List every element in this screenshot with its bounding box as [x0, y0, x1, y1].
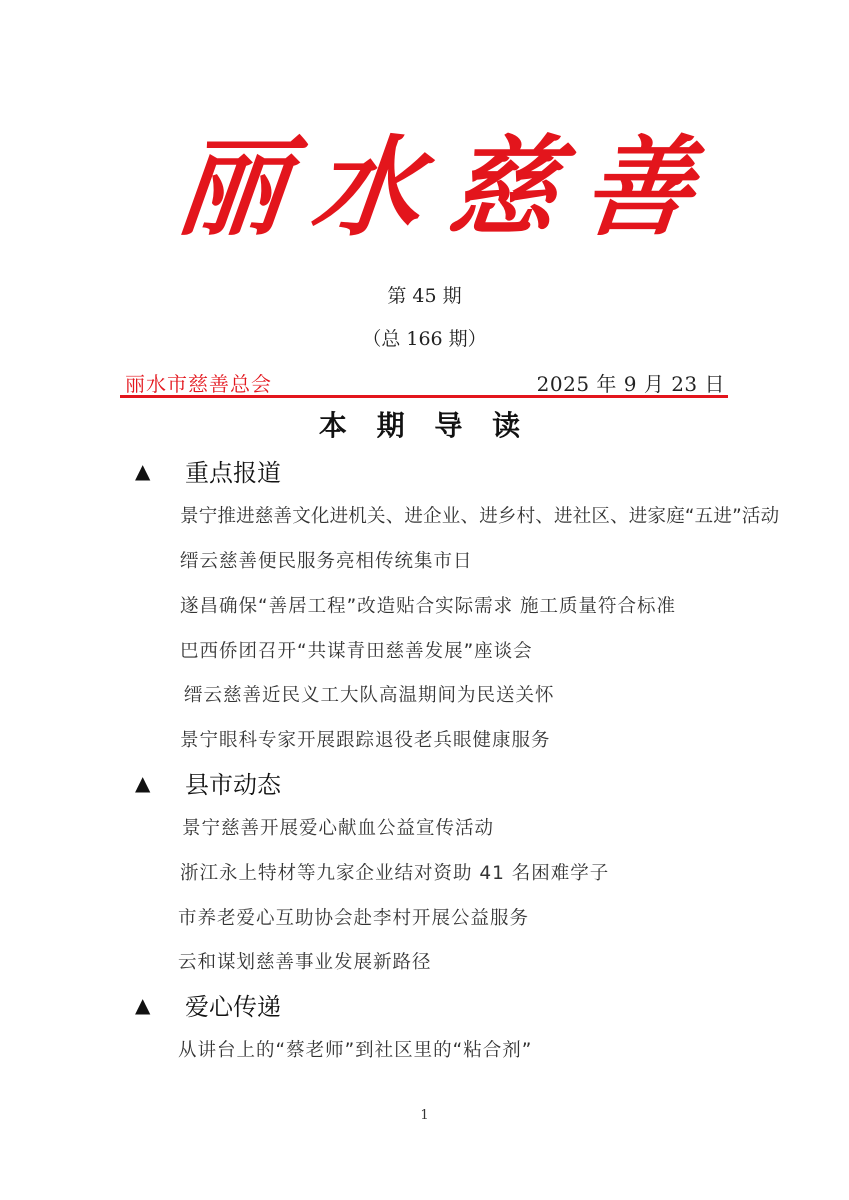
triangle-marker-icon: ▲ — [135, 993, 185, 1017]
toc-title: 本 期 导 读 — [0, 404, 849, 444]
masthead-char: 丽 — [172, 134, 291, 242]
toc-item[interactable]: 云和谋划慈善事业发展新路径 — [178, 948, 432, 974]
section-heading-love-relay: ▲ 爱心传递 — [135, 987, 281, 1022]
section-heading-label: 重点报道 — [185, 453, 281, 488]
triangle-marker-icon: ▲ — [135, 771, 185, 795]
publish-date: 2025 年 9 月 23 日 — [537, 368, 725, 397]
red-divider — [120, 395, 728, 398]
issue-total: （总 166 期） — [0, 324, 849, 351]
toc-item[interactable]: 景宁推进慈善文化进机关、进企业、进乡村、进社区、进家庭“五进”活动 — [180, 502, 779, 528]
page-number: 1 — [0, 1108, 849, 1123]
toc-item[interactable]: 景宁眼科专家开展跟踪退役老兵眼健康服务 — [180, 726, 551, 752]
section-heading-label: 县市动态 — [185, 765, 281, 800]
organization-name: 丽水市慈善总会 — [125, 368, 272, 397]
masthead-char: 慈 — [443, 134, 562, 242]
toc-item[interactable]: 景宁慈善开展爱心献血公益宣传活动 — [182, 814, 494, 840]
masthead-char: 水 — [308, 134, 427, 242]
toc-item[interactable]: 缙云慈善近民义工大队高温期间为民送关怀 — [184, 681, 555, 707]
section-heading-label: 爱心传递 — [185, 987, 281, 1022]
section-heading-county-news: ▲ 县市动态 — [135, 765, 281, 800]
masthead-char: 善 — [578, 134, 697, 242]
toc-item[interactable]: 遂昌确保“善居工程”改造贴合实际需求 施工质量符合标准 — [180, 592, 676, 618]
toc-item[interactable]: 浙江永上特材等九家企业结对资助 41 名困难学子 — [180, 859, 609, 885]
header-row: 丽水市慈善总会 2025 年 9 月 23 日 — [125, 368, 725, 397]
toc-item[interactable]: 巴西侨团召开“共谋青田慈善发展”座谈会 — [180, 637, 533, 663]
section-heading-key-reports: ▲ 重点报道 — [135, 453, 281, 488]
toc-item[interactable]: 市养老爱心互助协会赴李村开展公益服务 — [178, 904, 529, 930]
toc-item[interactable]: 缙云慈善便民服务亮相传统集市日 — [180, 547, 473, 573]
triangle-marker-icon: ▲ — [135, 459, 185, 483]
issue-number: 第 45 期 — [0, 281, 849, 308]
toc-item[interactable]: 从讲台上的“蔡老师”到社区里的“粘合剂” — [178, 1036, 532, 1062]
masthead-title: 丽 水 慈 善 — [170, 118, 700, 258]
